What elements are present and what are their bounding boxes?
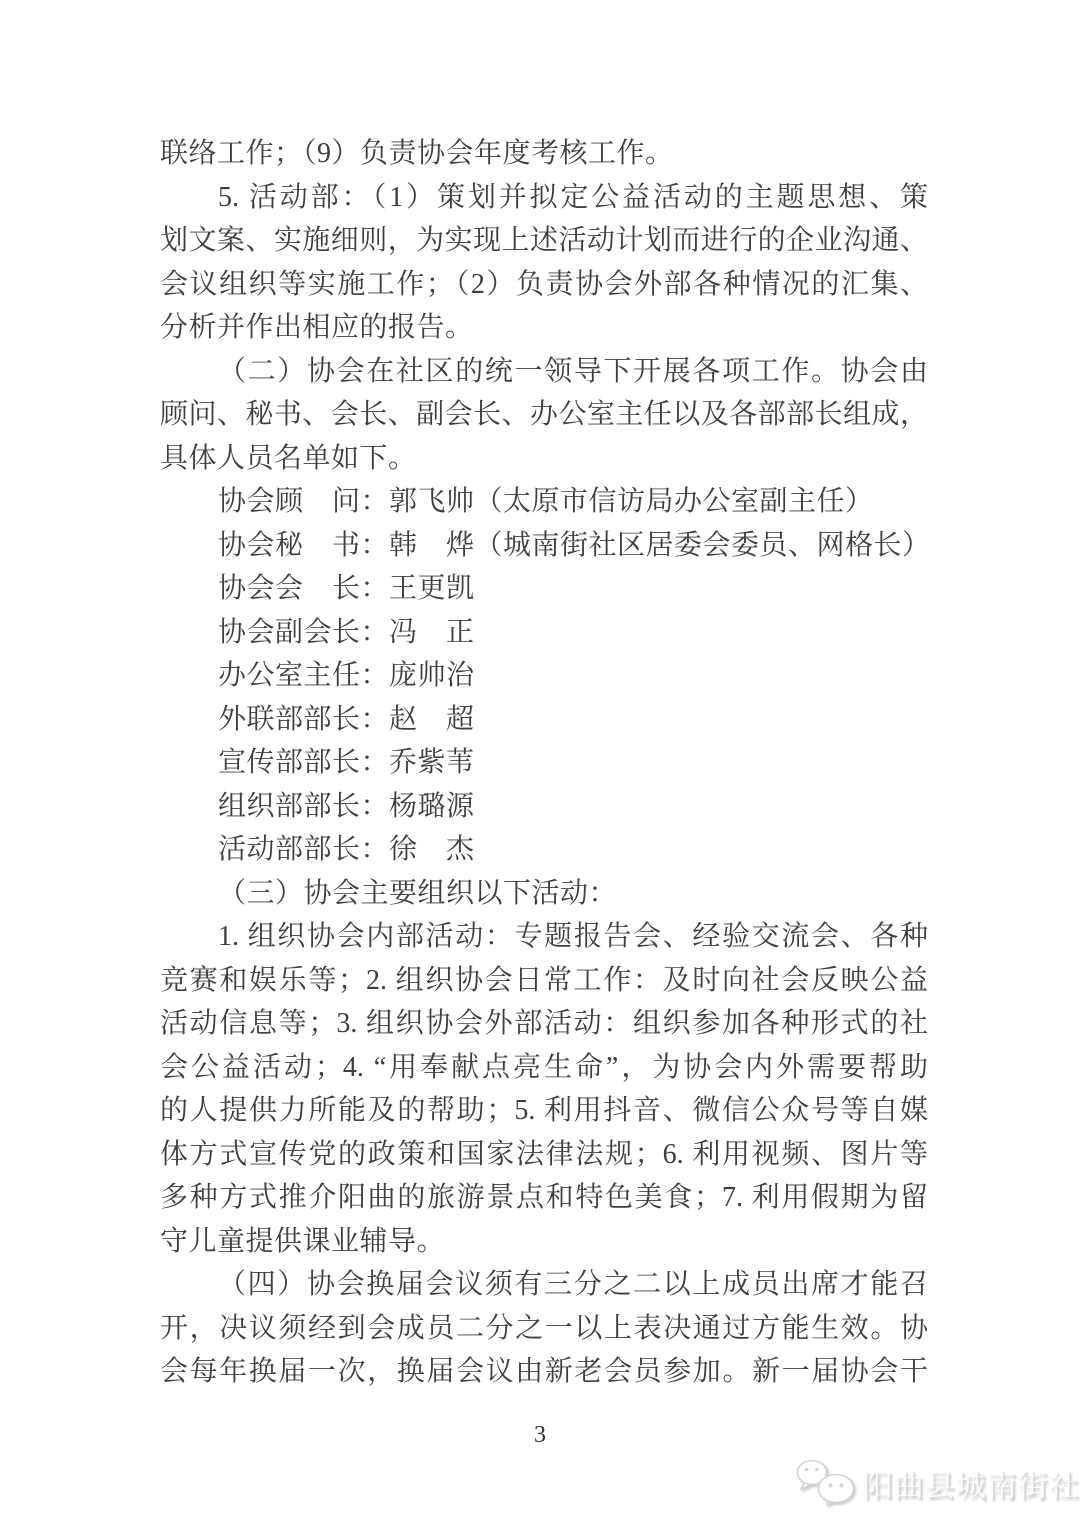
text-line: 竞赛和娱乐等；2. 组织协会日常工作：及时向社会反映公益 xyxy=(160,959,928,1003)
text-line: 会每年换届一次，换届会议由新老会员参加。新一届协会干 xyxy=(160,1350,928,1394)
text-line: 守儿童提供课业辅导。 xyxy=(160,1220,928,1264)
text-line: 协会副会长：冯 正 xyxy=(160,611,928,655)
text-line: 办公室主任：庞帅治 xyxy=(160,654,928,698)
text-line: 组织部部长：杨璐源 xyxy=(160,785,928,829)
text-line: 多种方式推介阳曲的旅游景点和特色美食；7. 利用假期为留 xyxy=(160,1176,928,1220)
text-line: 开，决议须经到会成员二分之一以上表决通过方能生效。协 xyxy=(160,1307,928,1351)
text-line: 会公益活动；4. “用奉献点亮生命”，为协会内外需要帮助 xyxy=(160,1046,928,1090)
text-line: （四）协会换届会议须有三分之二以上成员出席才能召 xyxy=(160,1263,928,1307)
text-line: 5. 活动部：（1）策划并拟定公益活动的主题思想、策 xyxy=(160,176,928,220)
wechat-icon xyxy=(794,1459,856,1506)
text-line: 1. 组织协会内部活动：专题报告会、经验交流会、各种 xyxy=(160,915,928,959)
text-line: 活动部部长：徐 杰 xyxy=(160,828,928,872)
text-line: 体方式宣传党的政策和国家法律法规；6. 利用视频、图片等 xyxy=(160,1133,928,1177)
text-line: 宣传部部长：乔紫苇 xyxy=(160,741,928,785)
document-body: 联络工作；（9）负责协会年度考核工作。5. 活动部：（1）策划并拟定公益活动的主… xyxy=(160,132,928,1394)
text-line: 协会顾 问：郭飞帅（太原市信访局办公室副主任） xyxy=(160,480,928,524)
text-line: （三）协会主要组织以下活动： xyxy=(160,872,928,916)
text-line: 顾问、秘书、会长、副会长、办公室主任以及各部部长组成， xyxy=(160,393,928,437)
page-number: 3 xyxy=(0,1421,1080,1449)
text-line: 划文案、实施细则，为实现上述活动计划而进行的企业沟通、 xyxy=(160,219,928,263)
text-line: 分析并作出相应的报告。 xyxy=(160,306,928,350)
text-line: 具体人员名单如下。 xyxy=(160,437,928,481)
text-line: 协会秘 书：韩 烨（城南街社区居委会委员、网格长） xyxy=(160,524,928,568)
text-line: 会议组织等实施工作；（2）负责协会外部各种情况的汇集、 xyxy=(160,263,928,307)
text-line: 外联部部长：赵 超 xyxy=(160,698,928,742)
document-page: 联络工作；（9）负责协会年度考核工作。5. 活动部：（1）策划并拟定公益活动的主… xyxy=(0,0,1080,1528)
text-line: 联络工作；（9）负责协会年度考核工作。 xyxy=(160,132,928,176)
watermark-label: 阳曲县城南街社区 xyxy=(863,1461,1080,1505)
watermark: 阳曲县城南街社区 xyxy=(794,1459,1080,1506)
text-line: 的人提供力所能及的帮助；5. 利用抖音、微信公众号等自媒 xyxy=(160,1089,928,1133)
text-line: 协会会 长：王更凯 xyxy=(160,567,928,611)
text-line: 活动信息等；3. 组织协会外部活动：组织参加各种形式的社 xyxy=(160,1002,928,1046)
text-line: （二）协会在社区的统一领导下开展各项工作。协会由 xyxy=(160,350,928,394)
